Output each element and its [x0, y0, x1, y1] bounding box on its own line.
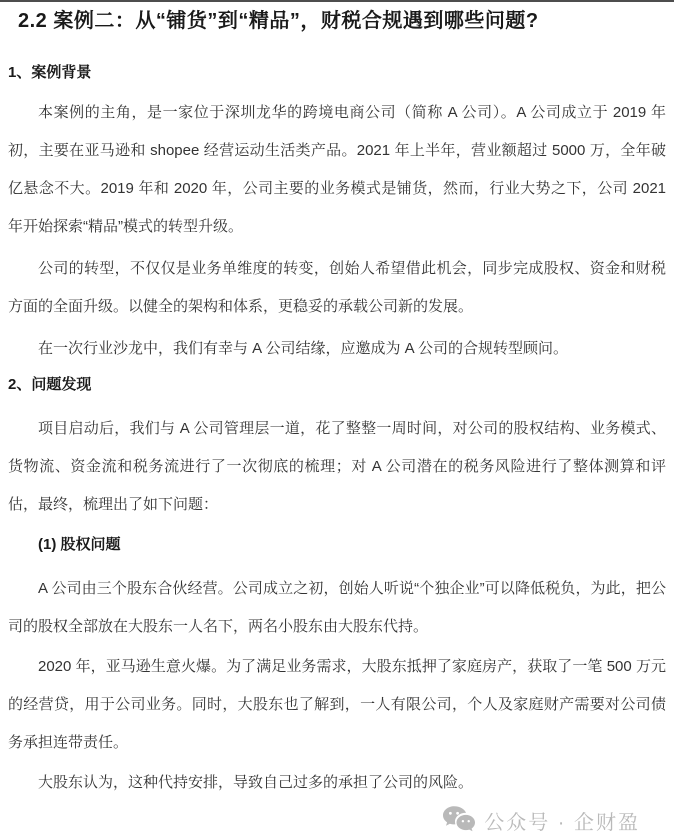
paragraph-equity-structure: A 公司由三个股东合伙经营。公司成立之初，创始人听说“个独企业”可以降低税负，为… [8, 570, 666, 646]
subsection-heading-equity-problem: (1) 股权问题 [8, 534, 666, 556]
page-title: 2.2 案例二：从“铺货”到“精品”，财税合规遇到哪些问题? [18, 8, 666, 34]
paragraph-shareholder-opinion: 大股东认为，这种代持安排，导致自己过多的承担了公司的风险。 [8, 764, 666, 802]
watermark: 公众号 · 企财盈 [8, 804, 666, 836]
paragraph-salon-meeting: 在一次行业沙龙中，我们有幸与 A 公司结缘，应邀成为 A 公司的合规转型顾问。 [8, 330, 666, 368]
paragraph-project-start: 项目启动后，我们与 A 公司管理层一道，花了整整一周时间，对公司的股权结构、业务… [8, 410, 666, 524]
section-heading-problem-discovery: 2、问题发现 [8, 374, 666, 396]
wechat-icon [441, 805, 477, 835]
section-heading-case-background: 1、案例背景 [8, 62, 666, 84]
paragraph-transformation: 公司的转型，不仅仅是业务单维度的转变，创始人希望借此机会，同步完成股权、资金和财… [8, 250, 666, 326]
paragraph-loan-liability: 2020 年，亚马逊生意火爆。为了满足业务需求，大股东抵押了家庭房产，获取了一笔… [8, 648, 666, 762]
paragraph-case-intro: 本案例的主角，是一家位于深圳龙华的跨境电商公司（简称 A 公司）。A 公司成立于… [8, 94, 666, 246]
document-page: 2.2 案例二：从“铺货”到“精品”，财税合规遇到哪些问题? 1、案例背景 本案… [0, 0, 674, 838]
watermark-text: 公众号 · 企财盈 [484, 806, 640, 835]
